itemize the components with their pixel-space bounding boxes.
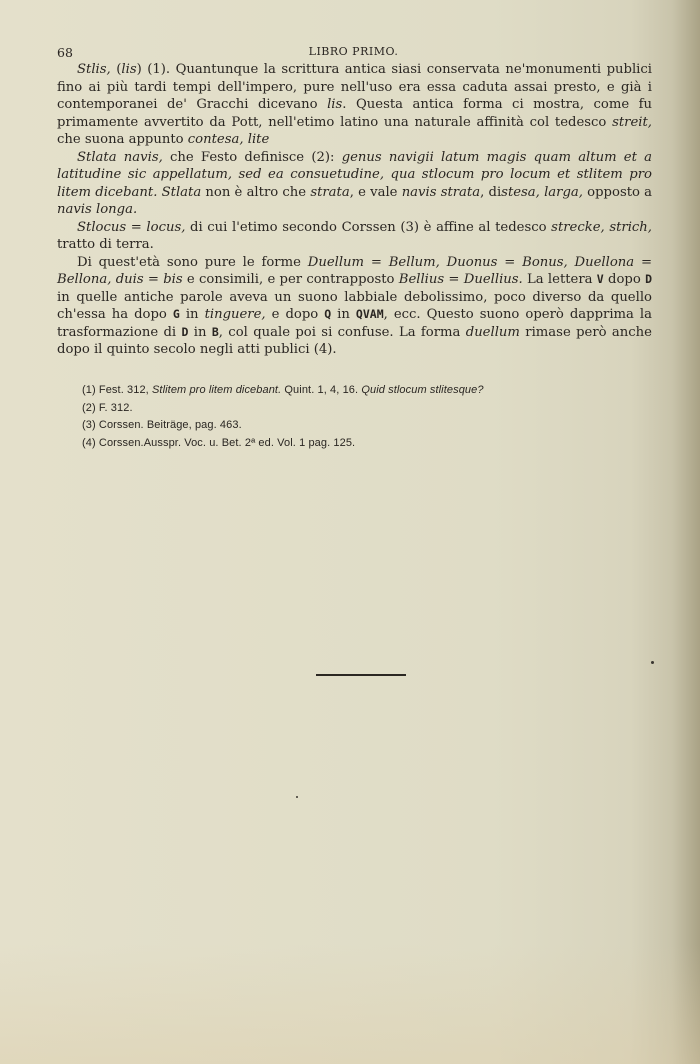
paragraph-stlis: Stlis, (lis) (1). Quantunque la scrittur… <box>57 61 652 149</box>
text-run: che Festo definisce (2): <box>163 150 342 165</box>
text-run: in <box>188 325 211 340</box>
italic-text: lis <box>121 62 136 77</box>
italic-text: duellum <box>466 325 520 340</box>
footnotes: (1) Fest. 312, Stlitem pro litem diceban… <box>82 382 642 452</box>
paper-tint <box>0 944 700 1064</box>
text-run: (4) Corssen.Ausspr. Voc. u. Bet. 2ª ed. … <box>82 437 355 449</box>
italic-text: stesa, larga, <box>501 185 583 200</box>
text-run: non è altro che <box>201 185 310 200</box>
text-run: Di quest'età sono pure le forme <box>77 255 308 270</box>
text-run: di cui l'etimo secondo Corssen (3) è aff… <box>185 220 551 235</box>
running-title: LIBRO PRIMO. <box>57 45 650 58</box>
italic-text: streit, <box>612 115 652 130</box>
italic-text: navis longa. <box>57 202 137 217</box>
italic-text: contesa, lite <box>188 132 269 147</box>
text-run: , di­ <box>480 185 501 200</box>
letter-symbol: V <box>597 272 604 286</box>
footnote-3: (3) Corssen. Beiträge, pag. 463. <box>82 417 642 435</box>
paragraph-stlocus: Stlocus = locus, di cui l'etimo secondo … <box>57 219 652 254</box>
letter-symbol: B <box>212 325 219 339</box>
letter-symbol: D <box>645 272 652 286</box>
text-run: dopo <box>604 272 645 287</box>
text-run: tratto di terra. <box>57 237 154 252</box>
text-run: e dopo <box>266 307 325 322</box>
text-run: (2) F. 312. <box>82 402 133 414</box>
footnote-1: (1) Fest. 312, Stlitem pro litem diceban… <box>82 382 642 400</box>
letter-symbol: G <box>173 307 180 321</box>
italic-text: lis <box>327 97 342 112</box>
paper-speck <box>296 796 298 798</box>
page-header: 68 LIBRO PRIMO. <box>57 45 650 61</box>
text-run: Quint. 1, 4, 16. <box>281 384 361 396</box>
text-run: che suona appunto <box>57 132 188 147</box>
paper-speck <box>651 661 654 664</box>
footnote-4: (4) Corssen.Ausspr. Voc. u. Bet. 2ª ed. … <box>82 435 642 453</box>
text-run: in <box>180 307 205 322</box>
text-run: opposto a <box>583 185 652 200</box>
italic-text: Quid stlocum stlitesque? <box>361 384 483 396</box>
text-run: , col quale poi si confuse. La forma <box>219 325 466 340</box>
text-run: ( <box>111 62 122 77</box>
paragraph-stlata: Stlata navis, che Festo definisce (2): g… <box>57 149 652 219</box>
italic-text: Stlata navis, <box>77 150 163 165</box>
section-end-rule <box>316 674 406 676</box>
text-run: , e vale <box>350 185 402 200</box>
footnote-2: (2) F. 312. <box>82 400 642 418</box>
italic-text: Stlocus = locus, <box>77 220 185 235</box>
italic-text: tinguere, <box>205 307 266 322</box>
text-run: in <box>331 307 356 322</box>
text-run: La lettera <box>523 272 597 287</box>
italic-text: Bellius = Duellius. <box>399 272 523 287</box>
italic-text: strata <box>310 185 349 200</box>
italic-text: Stlata <box>162 185 202 200</box>
body-text: Stlis, (lis) (1). Quantunque la scrittur… <box>57 61 652 359</box>
text-run: (3) Corssen. Beiträge, pag. 463. <box>82 419 242 431</box>
paragraph-duellum: Di quest'età sono pure le forme Duellum … <box>57 254 652 359</box>
italic-text: Stlis, <box>77 62 111 77</box>
text-run: e consimili, e per contrapposto <box>183 272 399 287</box>
italic-text: Stlitem pro litem dicebant. <box>152 384 281 396</box>
letter-symbol: QVAM <box>356 307 384 321</box>
text-run: (1) Fest. 312, <box>82 384 152 396</box>
italic-text: strecke, strich, <box>551 220 652 235</box>
italic-text: navis strata <box>402 185 480 200</box>
